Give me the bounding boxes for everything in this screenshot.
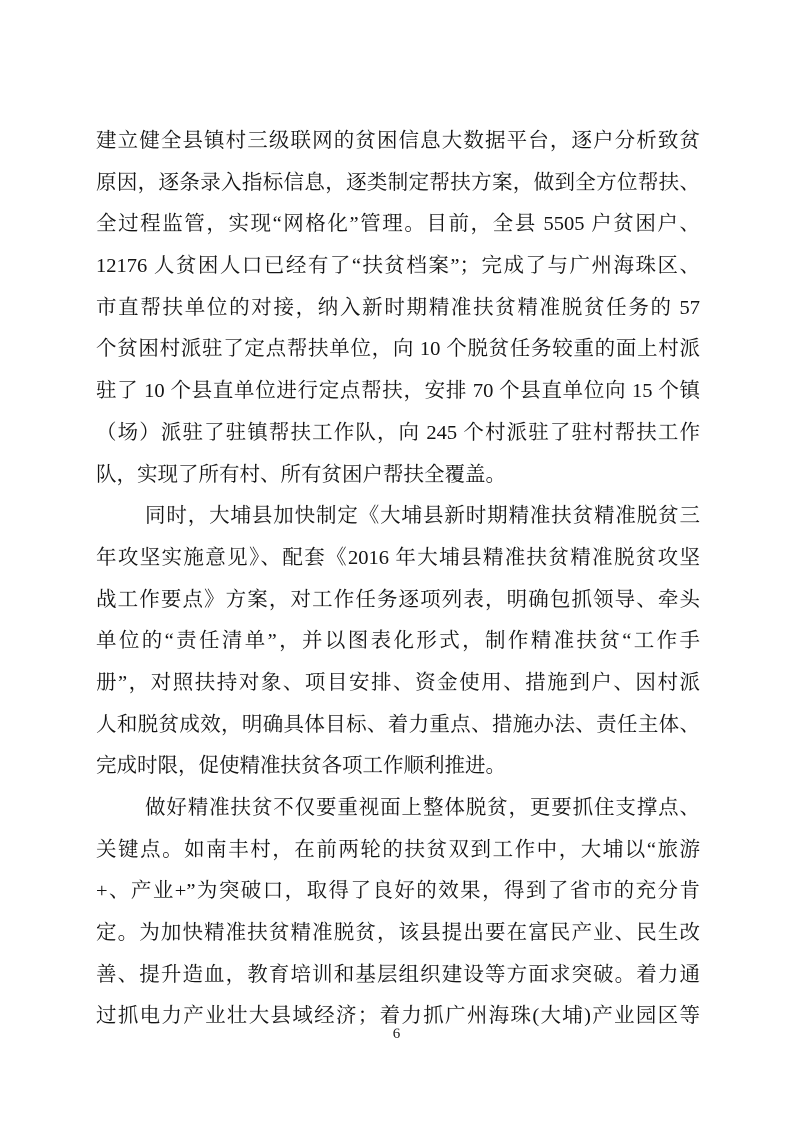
text-line: 完成时限，促使精准扶贫各项工作顺利推进。 [96,746,700,788]
text-line: 市直帮扶单位的对接，纳入新时期精准扶贫精准脱贫任务的 57 [96,288,700,330]
text-line: 单位的“责任清单”，并以图表化形式，制作精准扶贫“工作手 [96,621,700,663]
page-number: 6 [0,1024,793,1044]
text-line: 战工作要点》方案，对工作任务逐项列表，明确包抓领导、牵头 [96,580,700,622]
text-line: 全过程监管，实现“网格化”管理。目前，全县 5505 户贫困户、 [96,204,700,246]
page-body-text: 建立健全县镇村三级联网的贫困信息大数据平台，逐户分析致贫 原因，逐条录入指标信息… [96,121,700,1038]
paragraph: 同时，大埔县加快制定《大埔县新时期精准扶贫精准脱贫三 年攻坚实施意见》、配套《2… [96,496,700,788]
text-line: 个贫困村派驻了定点帮扶单位，向 10 个脱贫任务较重的面上村派 [96,329,700,371]
text-line: 驻了 10 个县直单位进行定点帮扶，安排 70 个县直单位向 15 个镇 [96,371,700,413]
text-line: 原因，逐条录入指标信息，逐类制定帮扶方案，做到全方位帮扶、 [96,163,700,205]
text-line: 年攻坚实施意见》、配套《2016 年大埔县精准扶贫精准脱贫攻坚 [96,538,700,580]
text-line: （场）派驻了驻镇帮扶工作队，向 245 个村派驻了驻村帮扶工作 [96,413,700,455]
text-line: 人和脱贫成效，明确具体目标、着力重点、措施办法、责任主体、 [96,705,700,747]
text-line: 同时，大埔县加快制定《大埔县新时期精准扶贫精准脱贫三 [96,496,700,538]
paragraph: 建立健全县镇村三级联网的贫困信息大数据平台，逐户分析致贫 原因，逐条录入指标信息… [96,121,700,496]
text-line: 定。为加快精准扶贫精准脱贫，该县提出要在富民产业、民生改 [96,913,700,955]
text-line: 12176 人贫困人口已经有了“扶贫档案”；完成了与广州海珠区、 [96,246,700,288]
text-line: 建立健全县镇村三级联网的贫困信息大数据平台，逐户分析致贫 [96,121,700,163]
text-line: 队，实现了所有村、所有贫困户帮扶全覆盖。 [96,455,700,497]
document-page: 建立健全县镇村三级联网的贫困信息大数据平台，逐户分析致贫 原因，逐条录入指标信息… [0,0,793,1122]
text-line: 做好精准扶贫不仅要重视面上整体脱贫，更要抓住支撑点、 [96,788,700,830]
paragraph: 做好精准扶贫不仅要重视面上整体脱贫，更要抓住支撑点、 关键点。如南丰村，在前两轮… [96,788,700,1038]
text-line: +、产业+”为突破口，取得了良好的效果，得到了省市的充分肯 [96,871,700,913]
text-line: 册”，对照扶持对象、项目安排、资金使用、措施到户、因村派 [96,663,700,705]
text-line: 关键点。如南丰村，在前两轮的扶贫双到工作中，大埔以“旅游 [96,830,700,872]
text-line: 善、提升造血，教育培训和基层组织建设等方面求突破。着力通 [96,955,700,997]
